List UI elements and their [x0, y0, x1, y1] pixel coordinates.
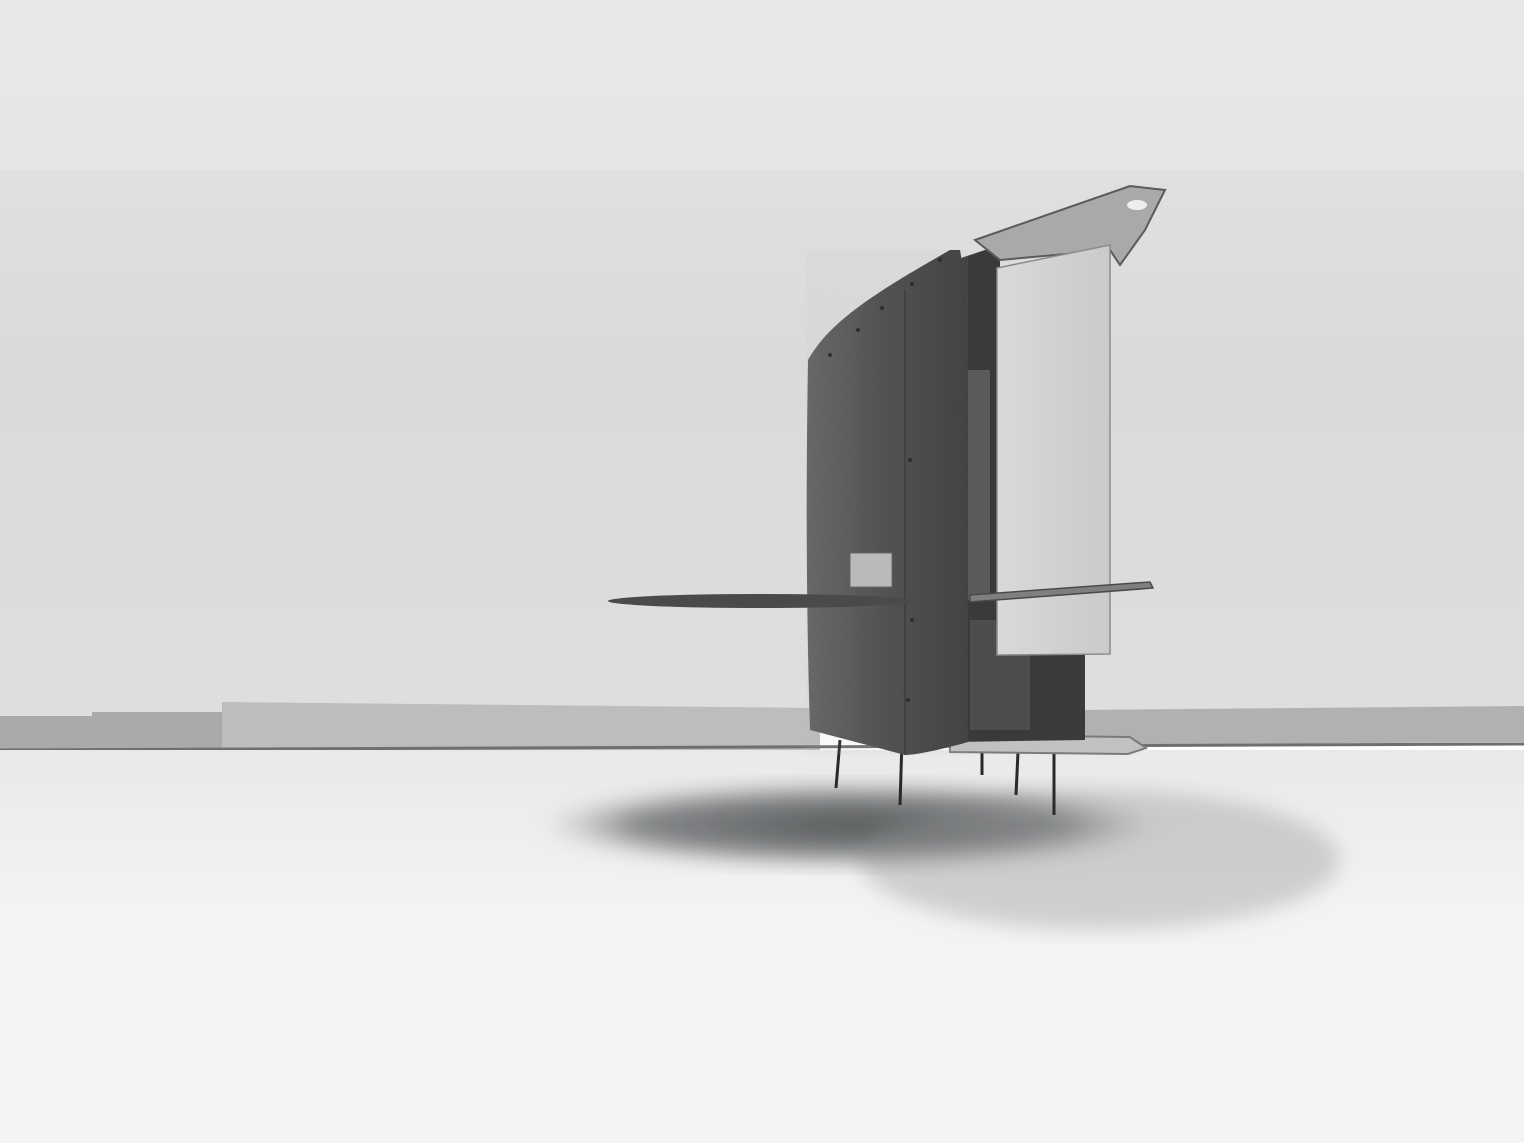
architectural-model-photo: [0, 0, 1524, 1143]
